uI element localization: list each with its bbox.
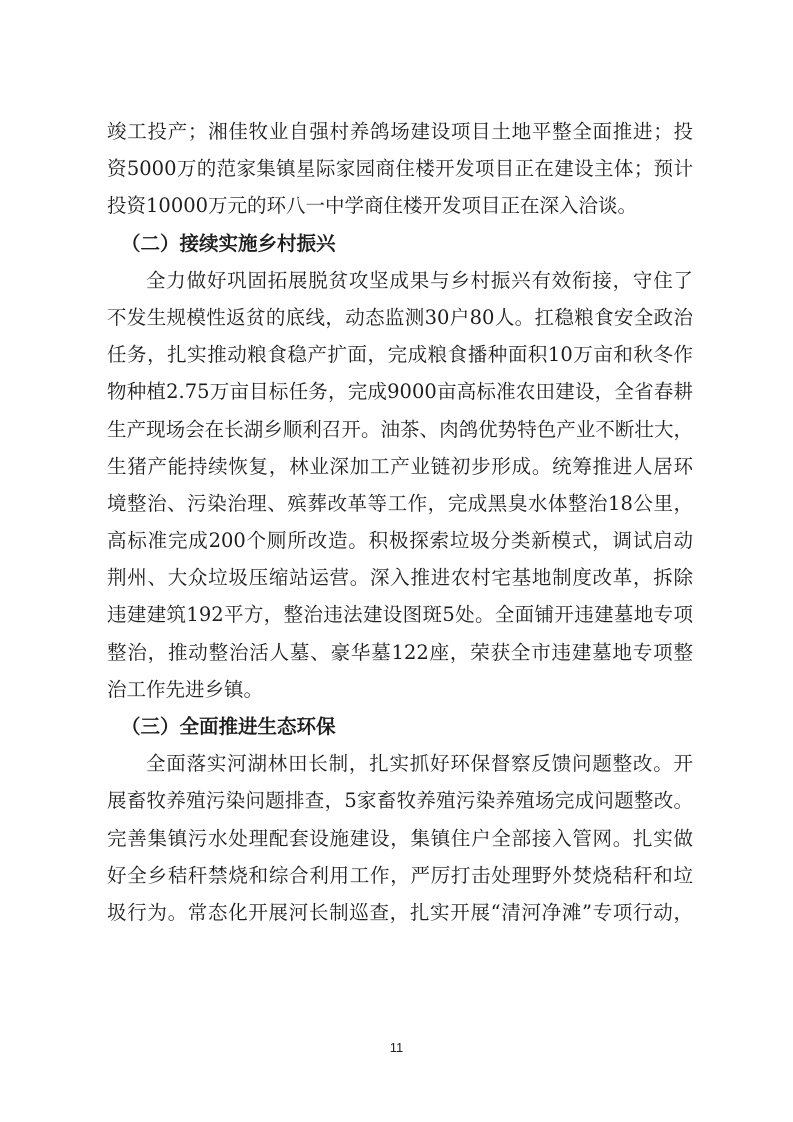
body-line: 投资10000万元的环八一中学商住楼开发项目正在深入洽谈。 — [107, 187, 693, 224]
section-heading-rural-revitalization: （二）接续实施乡村振兴 — [107, 225, 693, 262]
paragraph-first-line: 全力做好巩固拓展脱贫攻坚成果与乡村振兴有效衔接，守住了 — [107, 262, 693, 299]
paragraph-first-line: 全面落实河湖林田长制，扎实抓好环保督察反馈问题整改。开 — [107, 745, 693, 782]
page-number: 11 — [0, 1040, 793, 1055]
body-line: 好全乡秸秆禁烧和综合利用工作，严厉打击处理野外焚烧秸秆和垃 — [107, 857, 693, 894]
section-heading-ecological-protection: （三）全面推进生态环保 — [107, 708, 693, 745]
body-line: 资5000万的范家集镇星际家园商住楼开发项目正在建设主体；预计 — [107, 150, 693, 187]
body-line: 违建建筑192平方，整治违法建设图斑5处。全面铺开违建墓地专项 — [107, 596, 693, 633]
body-line: 生产现场会在长湖乡顺利召开。油茶、肉鸽优势特色产业不断壮大， — [107, 411, 693, 448]
body-line: 整治，推动整治活人墓、豪华墓122座，荣获全市违建墓地专项整 — [107, 634, 693, 671]
body-line: 展畜牧养殖污染问题排查，5家畜牧养殖污染养殖场完成问题整改。 — [107, 782, 693, 819]
body-line: 不发生规模性返贫的底线，动态监测30户80人。扛稳粮食安全政治 — [107, 299, 693, 336]
body-line: 物种植2.75万亩目标任务，完成9000亩高标准农田建设，全省春耕 — [107, 373, 693, 410]
body-line: 完善集镇污水处理配套设施建设，集镇住户全部接入管网。扎实做 — [107, 820, 693, 857]
body-line: 生猪产能持续恢复，林业深加工产业链初步形成。统筹推进人居环 — [107, 448, 693, 485]
body-line: 圾行为。常态化开展河长制巡查，扎实开展“清河净滩”专项行动， — [107, 894, 693, 931]
body-line: 高标准完成200个厕所改造。积极探索垃圾分类新模式，调试启动 — [107, 522, 693, 559]
body-line: 任务，扎实推动粮食稳产扩面，完成粮食播种面积10万亩和秋冬作 — [107, 336, 693, 373]
body-line: 竣工投产；湘佳牧业自强村养鸽场建设项目土地平整全面推进；投 — [107, 113, 693, 150]
body-line: 境整治、污染治理、殡葬改革等工作，完成黑臭水体整治18公里， — [107, 485, 693, 522]
document-page: 竣工投产；湘佳牧业自强村养鸽场建设项目土地平整全面推进；投 资5000万的范家集… — [107, 113, 693, 931]
body-line: 荆州、大众垃圾压缩站运营。深入推进农村宅基地制度改革，拆除 — [107, 559, 693, 596]
body-line: 治工作先进乡镇。 — [107, 671, 693, 708]
